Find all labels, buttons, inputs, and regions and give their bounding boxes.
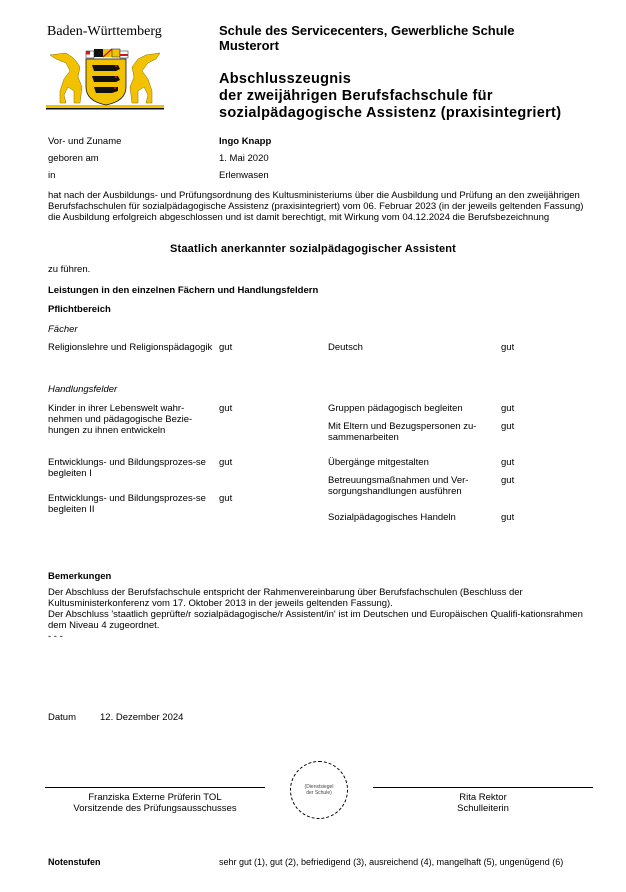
field-name: Entwicklungs- und Bildungsprozes-se begl… — [48, 493, 216, 515]
grades-heading: Leistungen in den einzelnen Fächern und … — [48, 285, 318, 296]
signature-right-role: Schulleiterin — [373, 803, 593, 814]
field-grade: gut — [501, 421, 514, 432]
title-line3: sozialpädagogische Assistenz (praxisinte… — [219, 105, 619, 122]
field-name: Mit Eltern und Bezugspersonen zu-sammena… — [328, 421, 498, 443]
field-grade: gut — [501, 475, 514, 486]
signature-left-role: Vorsitzende des Prüfungsausschusses — [45, 803, 265, 814]
subject-name: Religionslehre und Religionspädagogik — [48, 342, 216, 353]
intro-paragraph: hat nach der Ausbildungs- und Prüfungsor… — [48, 190, 588, 223]
subject-name: Deutsch — [328, 342, 498, 353]
field-name: Sozialpädagogisches Handeln — [328, 512, 498, 523]
document-title: Abschlusszeugnis der zweijährigen Berufs… — [219, 71, 619, 122]
field-name: Betreuungsmaßnahmen und Ver-sorgungshand… — [328, 475, 498, 497]
remarks-text: Der Abschluss der Berufsfachschule entsp… — [48, 587, 588, 642]
school-name-line1: Schule des Servicecenters, Gewerbliche S… — [219, 23, 599, 38]
title-line2: der zweijährigen Berufsfachschule für — [219, 88, 619, 105]
birthdate-value: 1. Mai 2020 — [219, 153, 269, 164]
subjects-heading: Fächer — [48, 324, 78, 335]
signature-line-left — [45, 787, 265, 788]
remarks-heading: Bemerkungen — [48, 571, 111, 582]
seal-text: (Dienstsiegel der Schule) — [302, 784, 336, 796]
title-line1: Abschlusszeugnis — [219, 71, 619, 88]
remarks-line3: - - - — [48, 631, 588, 642]
field-grade: gut — [219, 403, 232, 414]
remarks-line1: Der Abschluss der Berufsfachschule entsp… — [48, 587, 588, 609]
birthplace-value: Erlenwasen — [219, 170, 269, 181]
section-heading: Pflichtbereich — [48, 304, 111, 315]
signature-right-name: Rita Rektor — [373, 792, 593, 803]
state-name: Baden-Württemberg — [47, 24, 162, 40]
remarks-line2: Der Abschluss 'staatlich geprüfte/r sozi… — [48, 609, 588, 631]
name-label: Vor- und Zuname — [48, 136, 121, 147]
subject-grade: gut — [501, 342, 514, 353]
date-value: 12. Dezember 2024 — [100, 712, 183, 723]
field-grade: gut — [501, 512, 514, 523]
school-name-line2: Musterort — [219, 38, 599, 53]
subject-grade: gut — [219, 342, 232, 353]
name-value: Ingo Knapp — [219, 136, 271, 147]
field-grade: gut — [501, 403, 514, 414]
field-grade: gut — [501, 457, 514, 468]
grading-scale-label: Notenstufen — [48, 857, 101, 867]
field-name: Kinder in ihrer Lebenswelt wahr-nehmen u… — [48, 403, 210, 436]
field-grade: gut — [219, 457, 232, 468]
profession-suffix: zu führen. — [48, 264, 90, 275]
signature-line-right — [373, 787, 593, 788]
date-label: Datum — [48, 712, 76, 723]
birthdate-label: geboren am — [48, 153, 99, 164]
fields-heading: Handlungsfelder — [48, 384, 117, 395]
field-name: Entwicklungs- und Bildungsprozes-se begl… — [48, 457, 216, 479]
school-name: Schule des Servicecenters, Gewerbliche S… — [219, 23, 599, 53]
signature-left-name: Franziska Externe Prüferin TOL — [45, 792, 265, 803]
field-name: Übergänge mitgestalten — [328, 457, 498, 468]
profession-title: Staatlich anerkannter sozialpädagogische… — [0, 243, 626, 255]
signature-right: Rita Rektor Schulleiterin — [373, 792, 593, 814]
official-seal-placeholder: (Dienstsiegel der Schule) — [290, 761, 348, 819]
grading-scale: sehr gut (1), gut (2), befriedigend (3),… — [219, 857, 563, 867]
coat-of-arms-icon — [46, 47, 164, 111]
field-grade: gut — [219, 493, 232, 504]
signature-left: Franziska Externe Prüferin TOL Vorsitzen… — [45, 792, 265, 814]
field-name: Gruppen pädagogisch begleiten — [328, 403, 498, 414]
birthplace-label: in — [48, 170, 55, 181]
